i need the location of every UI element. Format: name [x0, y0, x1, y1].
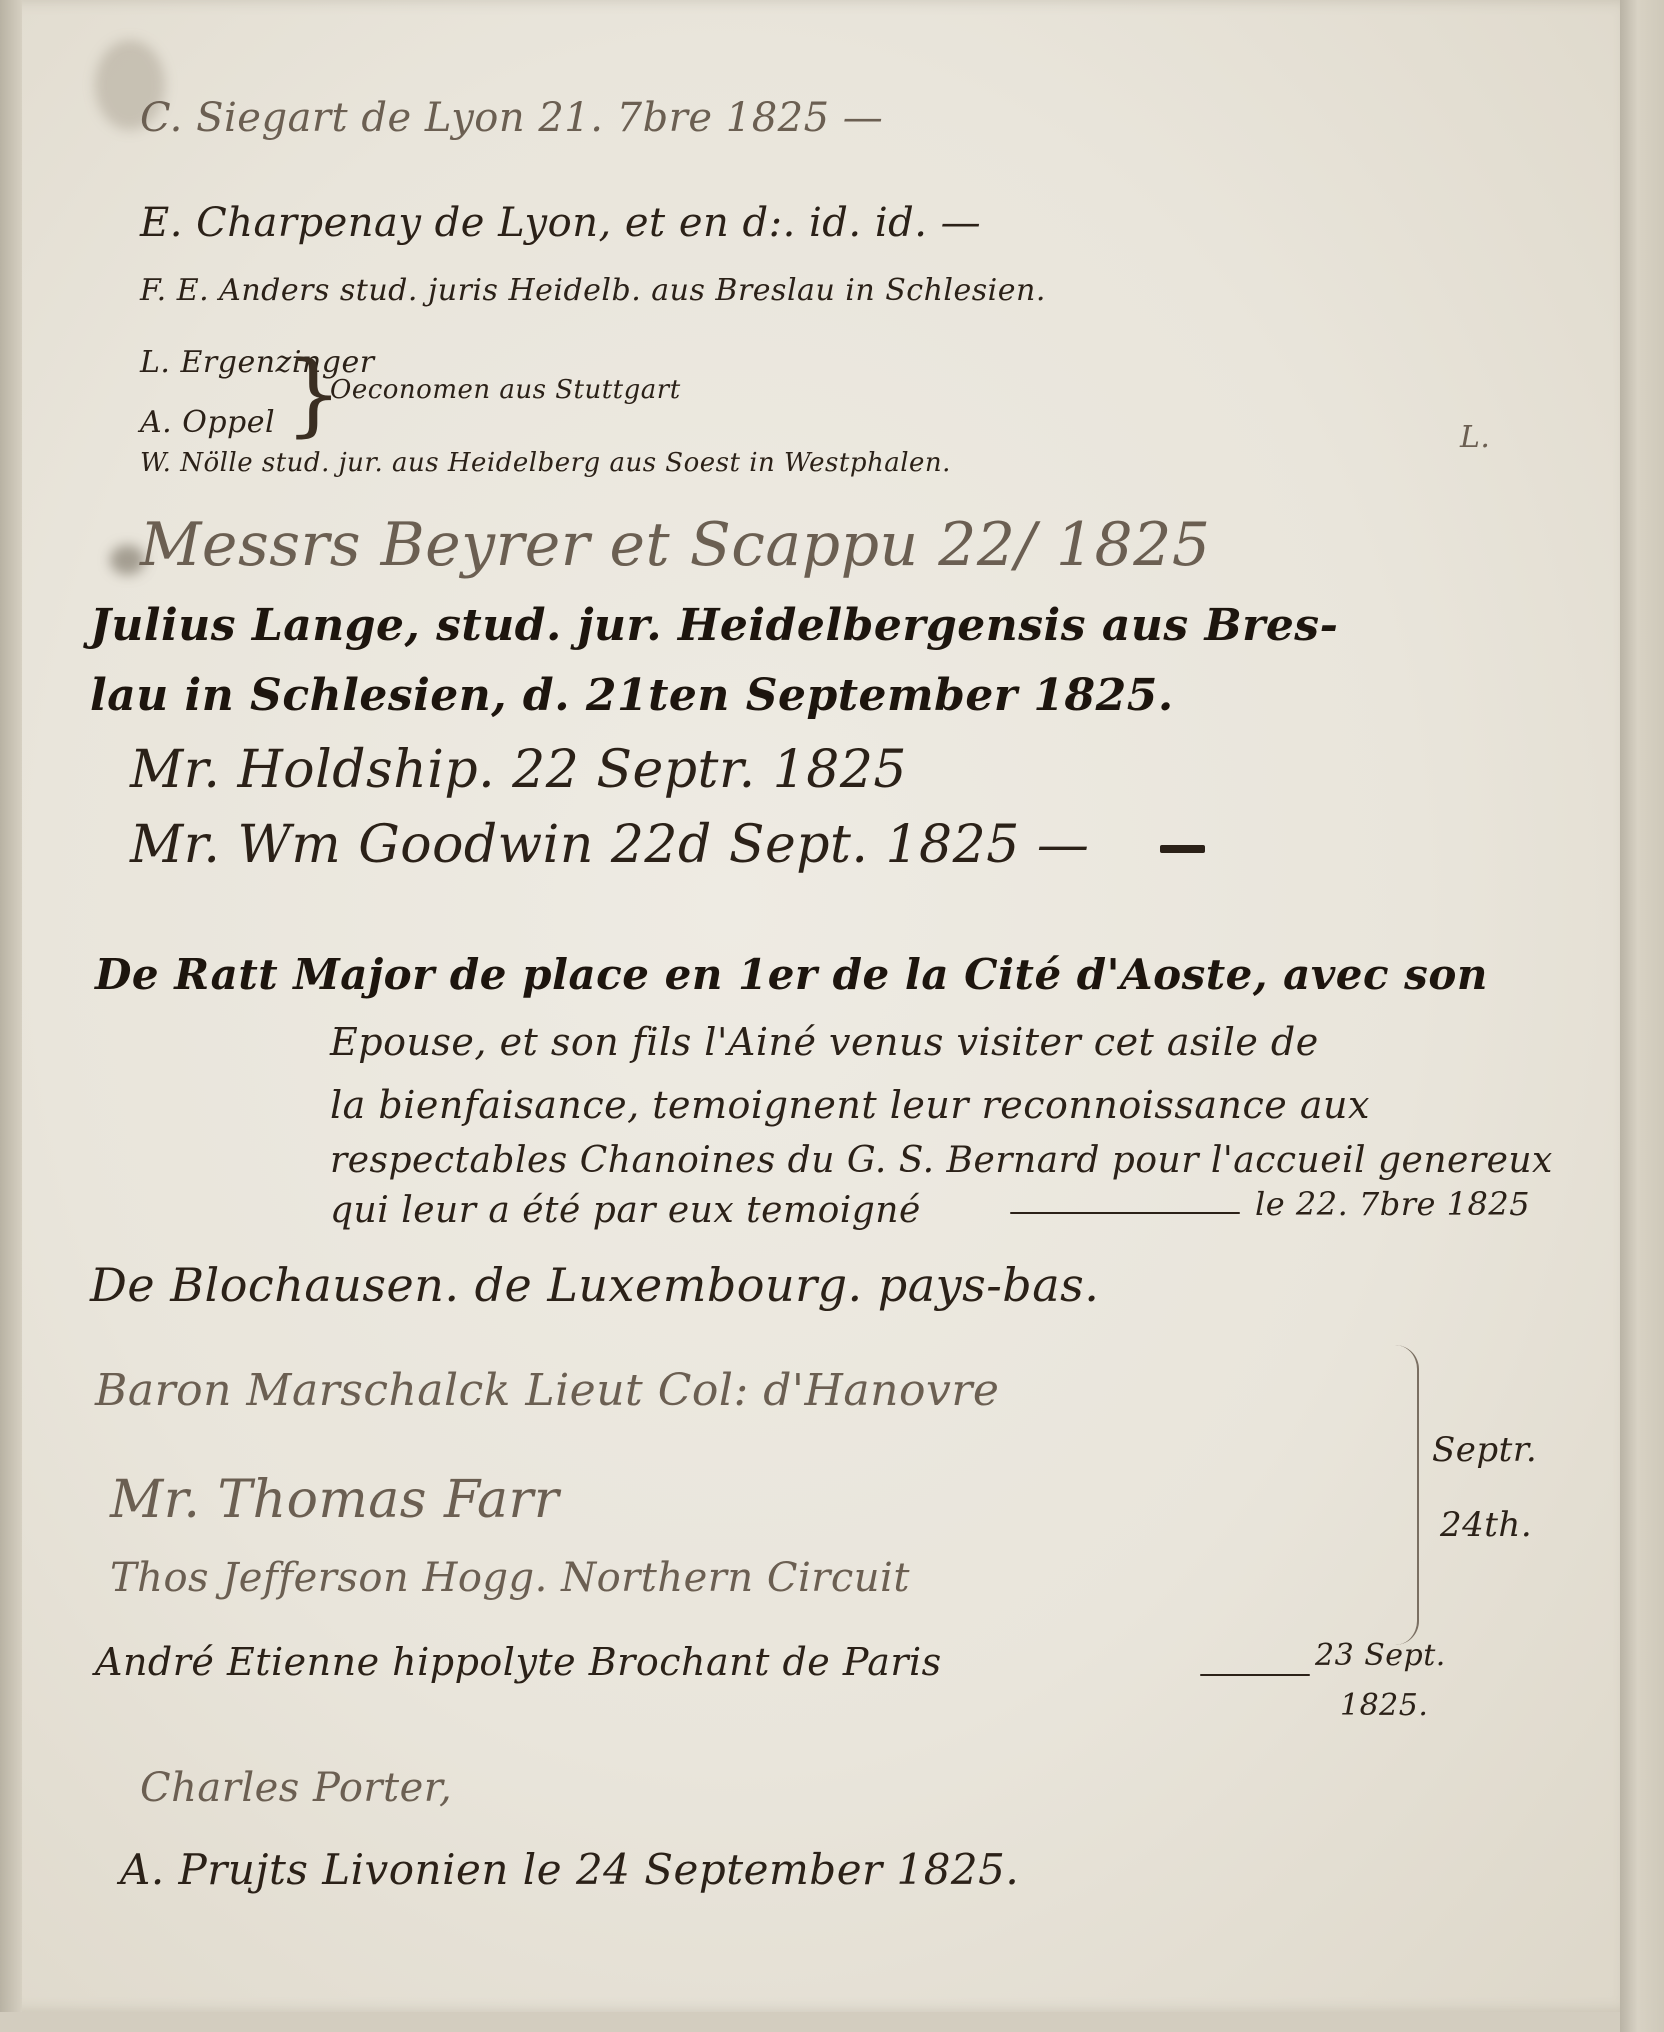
- book-spine: [1620, 0, 1664, 2032]
- note-24th: 24th.: [1440, 1505, 1532, 1545]
- entry-charpenay: E. Charpenay de Lyon, et en d:. id. id. …: [140, 200, 981, 246]
- page-bottom-edge: [0, 2012, 1620, 2032]
- page-left-edge: [0, 0, 22, 2032]
- entry-de-ratt-line3: la bienfaisance, temoignent leur reconno…: [330, 1083, 1370, 1127]
- entry-anders: F. E. Anders stud. juris Heidelb. aus Br…: [140, 273, 1046, 308]
- note-septr: Septr.: [1432, 1430, 1537, 1470]
- entry-charles-porter: Charles Porter,: [140, 1765, 452, 1811]
- manuscript-page: C. Siegart de Lyon 21. 7bre 1825 — E. Ch…: [0, 0, 1623, 2014]
- entry-de-ratt-date: le 22. 7bre 1825: [1255, 1185, 1530, 1223]
- entry-oppel: A. Oppel: [140, 405, 275, 440]
- dash-rule: [1200, 1674, 1310, 1676]
- entry-blochausen: De Blochausen. de Luxembourg. pays-bas.: [90, 1258, 1099, 1312]
- entry-noelle: W. Nölle stud. jur. aus Heidelberg aus S…: [140, 448, 951, 478]
- entry-brochant-date-year: 1825.: [1340, 1688, 1428, 1723]
- entry-goodwin: Mr. Wm Goodwin 22d Sept. 1825 —: [130, 815, 1089, 875]
- margin-mark-top-right: L.: [1460, 420, 1490, 455]
- entry-de-ratt-line4: respectables Chanoines du G. S. Bernard …: [330, 1140, 1553, 1181]
- entry-prujts: A. Prujts Livonien le 24 September 1825.: [120, 1845, 1019, 1894]
- entry-lange-line1: Julius Lange, stud. jur. Heidelbergensis…: [90, 600, 1338, 651]
- brace-bracket: [1395, 1345, 1419, 1645]
- entry-brochant-date-day: 23 Sept.: [1315, 1638, 1446, 1673]
- entry-marschalck: Baron Marschalck Lieut Col: d'Hanovre: [95, 1365, 999, 1416]
- dash-rule: [1010, 1212, 1240, 1214]
- entry-lange-line2: lau in Schlesien, d. 21ten September 182…: [90, 670, 1174, 721]
- entry-thomas-farr: Mr. Thomas Farr: [110, 1470, 559, 1530]
- dash-rule: [1160, 845, 1205, 853]
- entry-jefferson-hogg: Thos Jefferson Hogg. Northern Circuit: [110, 1555, 910, 1601]
- entry-de-ratt-line5: qui leur a été par eux temoigné: [330, 1190, 921, 1231]
- entry-de-ratt-line1: De Ratt Major de place en 1er de la Cité…: [95, 950, 1488, 999]
- entry-siegart: C. Siegart de Lyon 21. 7bre 1825 —: [140, 95, 883, 141]
- entry-beyrer-scappu: Messrs Beyrer et Scappu 22/ 1825: [140, 510, 1211, 580]
- entry-de-ratt-line2: Epouse, et son fils l'Ainé venus visiter…: [330, 1020, 1319, 1064]
- entry-holdship: Mr. Holdship. 22 Septr. 1825: [130, 740, 907, 800]
- note-oeconomen: Oeconomen aus Stuttgart: [330, 375, 681, 405]
- entry-brochant: André Etienne hippolyte Brochant de Pari…: [95, 1640, 942, 1684]
